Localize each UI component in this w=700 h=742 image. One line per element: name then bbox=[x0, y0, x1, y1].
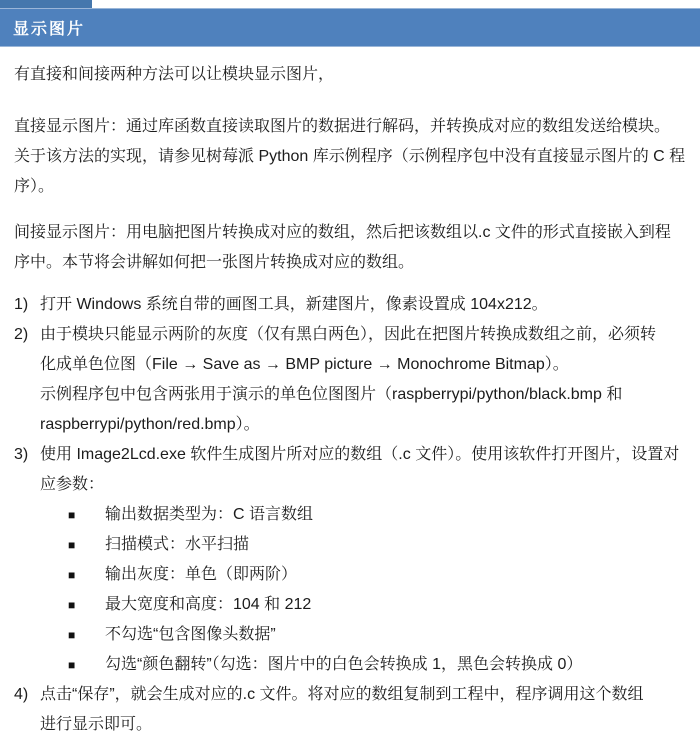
bullet-square-icon: ■ bbox=[68, 620, 105, 650]
paragraph-line: 应参数： bbox=[40, 470, 694, 500]
item-number: 2) bbox=[14, 320, 40, 350]
bullet-text: 不勾选“包含图像头数据” bbox=[105, 620, 694, 650]
bullet-item: ■ 最大宽度和高度：104 和 212 bbox=[14, 590, 694, 620]
item-body: 点击“保存”，就会生成对应的.c 文件。将对应的数组复制到工程中，程序调用这个数… bbox=[40, 680, 694, 740]
bullet-text: 输出数据类型为：C 语言数组 bbox=[105, 500, 694, 530]
paragraph-line: raspberrypi/python/red.bmp）。 bbox=[40, 410, 694, 440]
numbered-item-4: 4) 点击“保存”，就会生成对应的.c 文件。将对应的数组复制到工程中，程序调用… bbox=[14, 680, 694, 740]
paragraph-line: 由于模块只能显示两阶的灰度（仅有黑白两色），因此在把图片转换成数组之前，必须转 bbox=[40, 320, 694, 350]
bullet-square-icon: ■ bbox=[68, 590, 105, 620]
item-body: 使用 Image2Lcd.exe 软件生成图片所对应的数组（.c 文件）。使用该… bbox=[40, 440, 694, 500]
paragraph-line: 化成单色位图（File → Save as → BMP picture → Mo… bbox=[40, 350, 694, 380]
paragraph-line: 有直接和间接两种方法可以让模块显示图片， bbox=[14, 60, 694, 90]
paragraph-line: 序中。本节将会讲解如何把一张图片转换成对应的数组。 bbox=[14, 248, 694, 278]
content-area: 有直接和间接两种方法可以让模块显示图片， 直接显示图片：通过库函数直接读取图片的… bbox=[14, 60, 694, 740]
numbered-item-1: 1) 打开 Windows 系统自带的画图工具，新建图片，像素设置成 104x2… bbox=[14, 290, 694, 320]
intro-paragraph: 有直接和间接两种方法可以让模块显示图片， bbox=[14, 60, 694, 90]
bullet-item: ■ 输出灰度：单色（即两阶） bbox=[14, 560, 694, 590]
bullet-text: 扫描模式：水平扫描 bbox=[105, 530, 694, 560]
paragraph-line: 打开 Windows 系统自带的画图工具，新建图片，像素设置成 104x212。 bbox=[40, 290, 694, 320]
parameter-bullet-list: ■ 输出数据类型为：C 语言数组 ■ 扫描模式：水平扫描 ■ 输出灰度：单色（即… bbox=[14, 500, 694, 680]
item-number: 3) bbox=[14, 440, 40, 470]
item-body: 由于模块只能显示两阶的灰度（仅有黑白两色），因此在把图片转换成数组之前，必须转 … bbox=[40, 320, 694, 440]
bullet-item: ■ 扫描模式：水平扫描 bbox=[14, 530, 694, 560]
numbered-item-2: 2) 由于模块只能显示两阶的灰度（仅有黑白两色），因此在把图片转换成数组之前，必… bbox=[14, 320, 694, 440]
paragraph-line: 间接显示图片：用电脑把图片转换成对应的数组，然后把该数组以.c 文件的形式直接嵌… bbox=[14, 218, 694, 248]
paragraph-line: 进行显示即可。 bbox=[40, 710, 694, 740]
bullet-item: ■ 输出数据类型为：C 语言数组 bbox=[14, 500, 694, 530]
paragraph-line: 序）。 bbox=[14, 172, 694, 202]
bullet-square-icon: ■ bbox=[68, 560, 105, 590]
bullet-text: 勾选“颜色翻转”（勾选：图片中的白色会转换成 1，黑色会转换成 0） bbox=[105, 650, 694, 680]
bullet-square-icon: ■ bbox=[68, 530, 105, 560]
item-body: 打开 Windows 系统自带的画图工具，新建图片，像素设置成 104x212。 bbox=[40, 290, 694, 320]
section-title: 显示图片 bbox=[13, 16, 85, 39]
bullet-square-icon: ■ bbox=[68, 650, 105, 680]
numbered-item-3: 3) 使用 Image2Lcd.exe 软件生成图片所对应的数组（.c 文件）。… bbox=[14, 440, 694, 500]
paragraph-line: 关于该方法的实现，请参见树莓派 Python 库示例程序（示例程序包中没有直接显… bbox=[14, 142, 694, 172]
item-number: 4) bbox=[14, 680, 40, 710]
bullet-item: ■ 不勾选“包含图像头数据” bbox=[14, 620, 694, 650]
indirect-method-paragraph: 间接显示图片：用电脑把图片转换成对应的数组，然后把该数组以.c 文件的形式直接嵌… bbox=[14, 218, 694, 278]
bullet-text: 输出灰度：单色（即两阶） bbox=[105, 560, 694, 590]
bullet-text: 最大宽度和高度：104 和 212 bbox=[105, 590, 694, 620]
direct-method-paragraph: 直接显示图片：通过库函数直接读取图片的数据进行解码，并转换成对应的数组发送给模块… bbox=[14, 112, 694, 202]
bullet-item: ■ 勾选“颜色翻转”（勾选：图片中的白色会转换成 1，黑色会转换成 0） bbox=[14, 650, 694, 680]
paragraph-line: 点击“保存”，就会生成对应的.c 文件。将对应的数组复制到工程中，程序调用这个数… bbox=[40, 680, 694, 710]
paragraph-line: 直接显示图片：通过库函数直接读取图片的数据进行解码，并转换成对应的数组发送给模块… bbox=[14, 112, 694, 142]
bullet-square-icon: ■ bbox=[68, 500, 105, 530]
section-header-bar: 显示图片 bbox=[0, 8, 700, 47]
paragraph-line: 示例程序包中包含两张用于演示的单色位图图片（raspberrypi/python… bbox=[40, 380, 694, 410]
paragraph-line: 使用 Image2Lcd.exe 软件生成图片所对应的数组（.c 文件）。使用该… bbox=[40, 440, 694, 470]
item-number: 1) bbox=[14, 290, 40, 320]
